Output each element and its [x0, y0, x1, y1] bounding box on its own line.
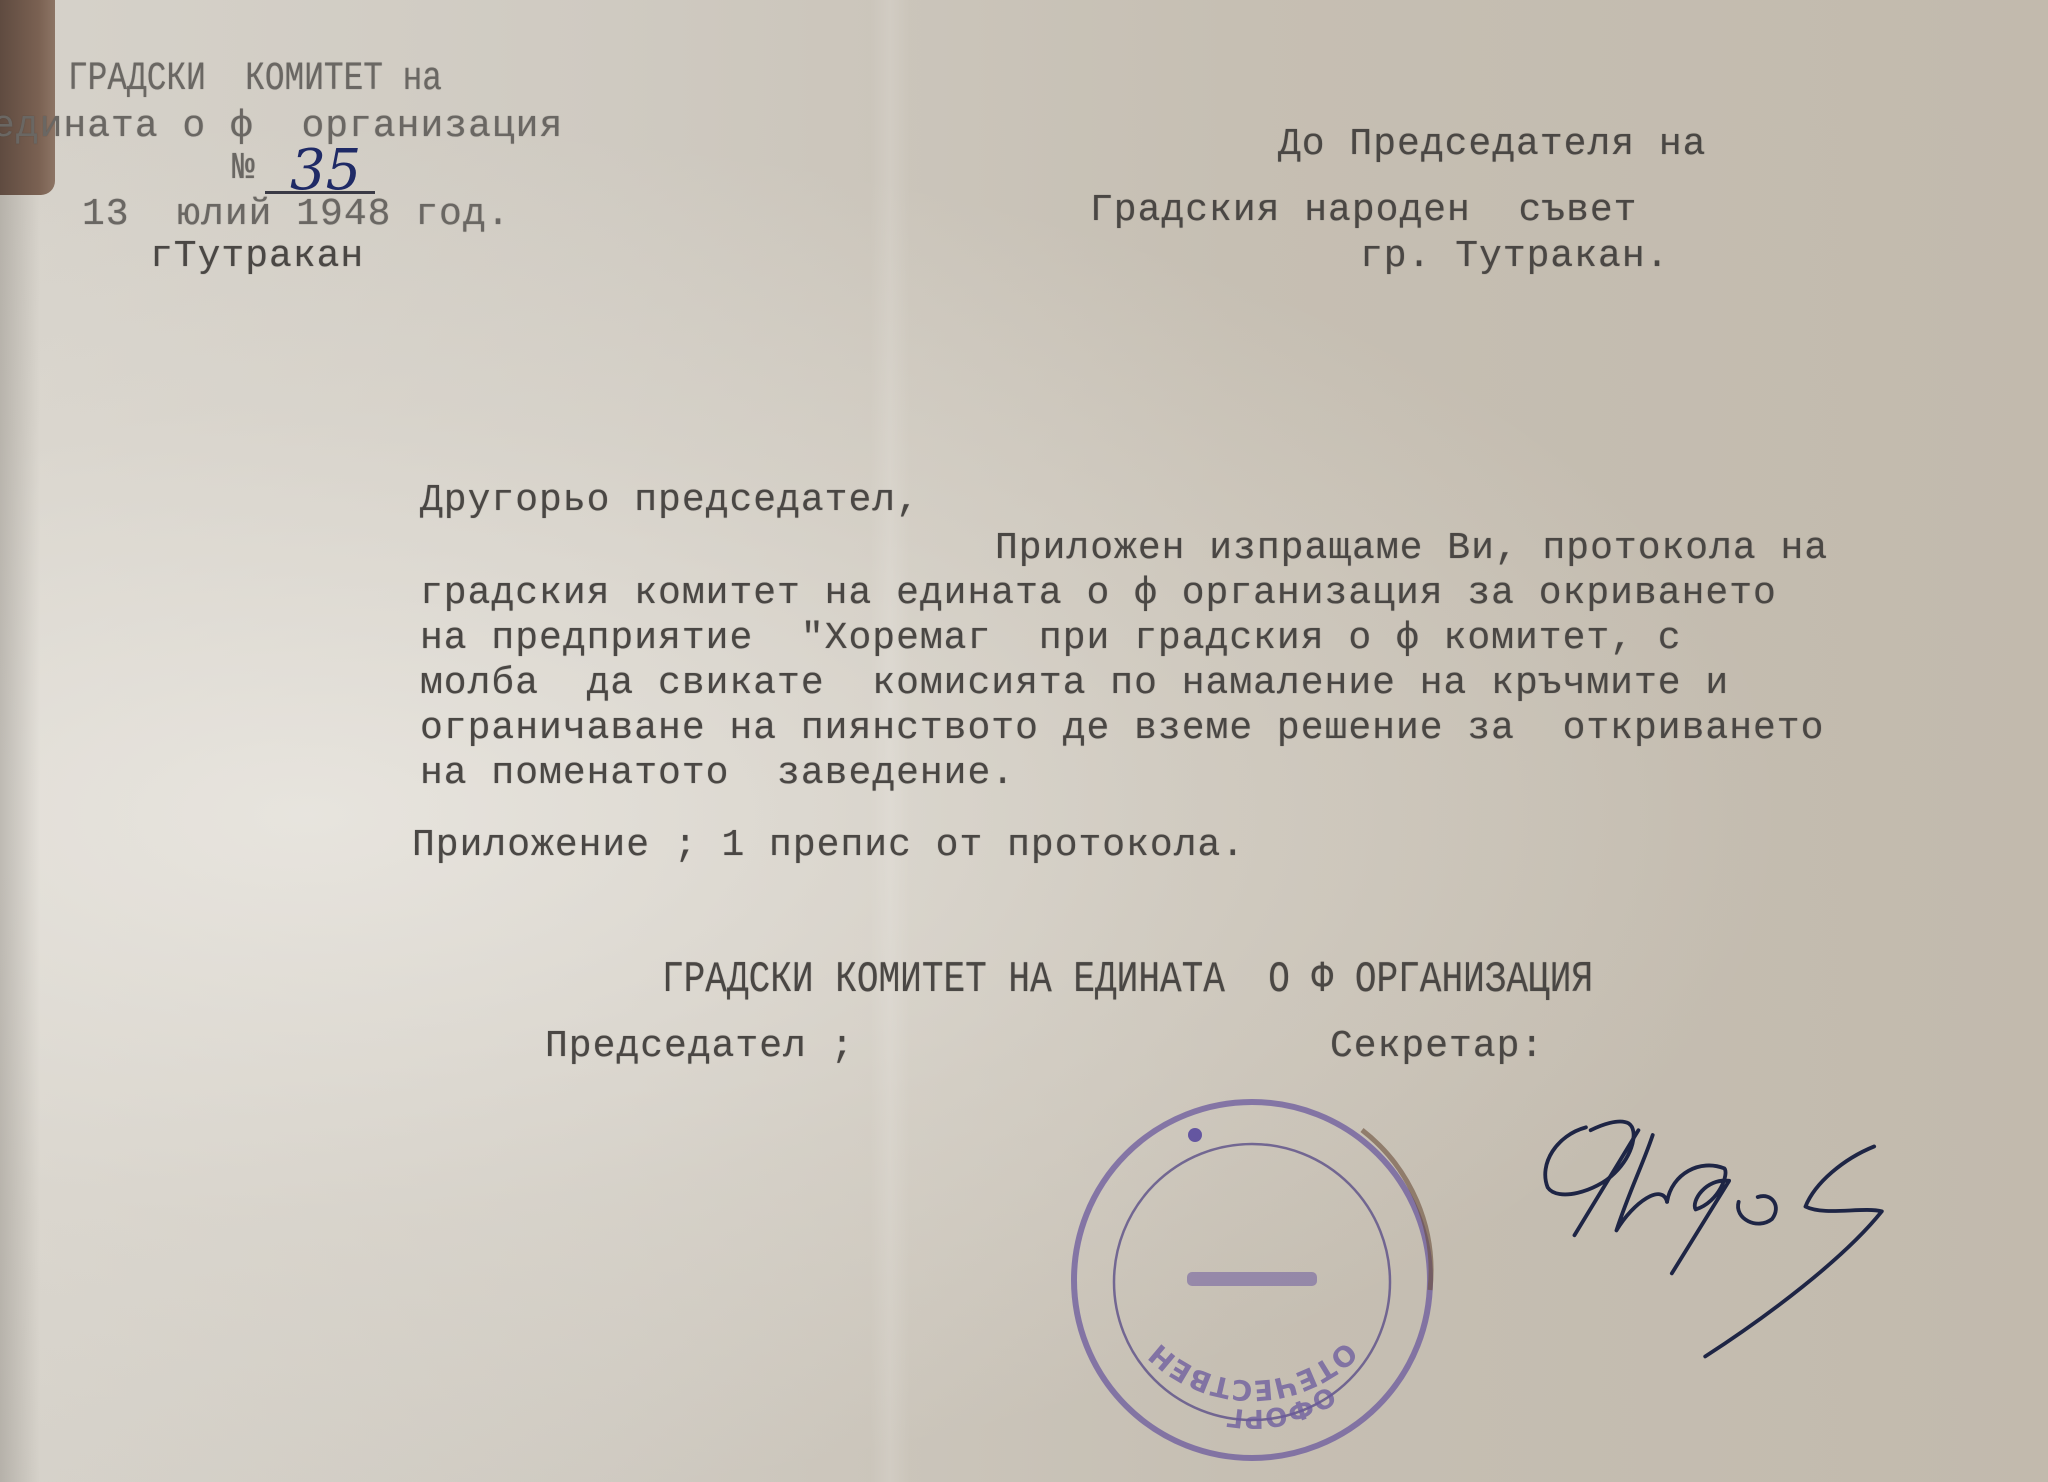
body-line-3: на предприятие "Хоремаг при градския о ф…: [420, 620, 1682, 658]
recipient-line-1: До Председателя на: [1278, 126, 1706, 164]
body-line-1: Приложен изпращаме Ви, протокола на: [995, 530, 1828, 568]
official-stamp-icon: ОФОРГ ОТЕЧЕСТВЕН: [1062, 1090, 1442, 1470]
body-line-5: ограничаване на пиянството де вземе реше…: [420, 710, 1824, 748]
body-line-2: градския комитет на едината о ф организа…: [420, 575, 1777, 613]
secretary-label: Секретар:: [1330, 1028, 1544, 1066]
number-label: №: [232, 150, 256, 188]
binder-edge: [0, 0, 55, 195]
body-line-4: молба да свикате комисията по намаление …: [420, 665, 1729, 703]
secretary-signature-icon: [1500, 1090, 1920, 1390]
sender-line-1: ГРАДСКИ КОМИТЕТ на: [68, 60, 442, 100]
chairman-label: Председател ;: [545, 1028, 854, 1066]
date-line: 13 юлий 1948 год.: [82, 196, 510, 234]
place-line: гТутракан: [150, 238, 364, 276]
recipient-line-2: Градския народен съвет: [1090, 192, 1638, 230]
attachment-note: Приложение ; 1 препис от протокола.: [412, 827, 1245, 865]
org-signature-line: ГРАДСКИ КОМИТЕТ НА ЕДИНАТА О Ф ОРГАНИЗАЦ…: [662, 958, 1593, 1002]
sender-line-2: едината о ф организация: [0, 108, 563, 146]
recipient-line-3: гр. Тутракан.: [1360, 238, 1669, 276]
body-line-6: на поменатото заведение.: [420, 755, 1015, 793]
edge-shadow: [0, 195, 40, 1482]
salutation: Другорьо председател,: [420, 482, 920, 520]
